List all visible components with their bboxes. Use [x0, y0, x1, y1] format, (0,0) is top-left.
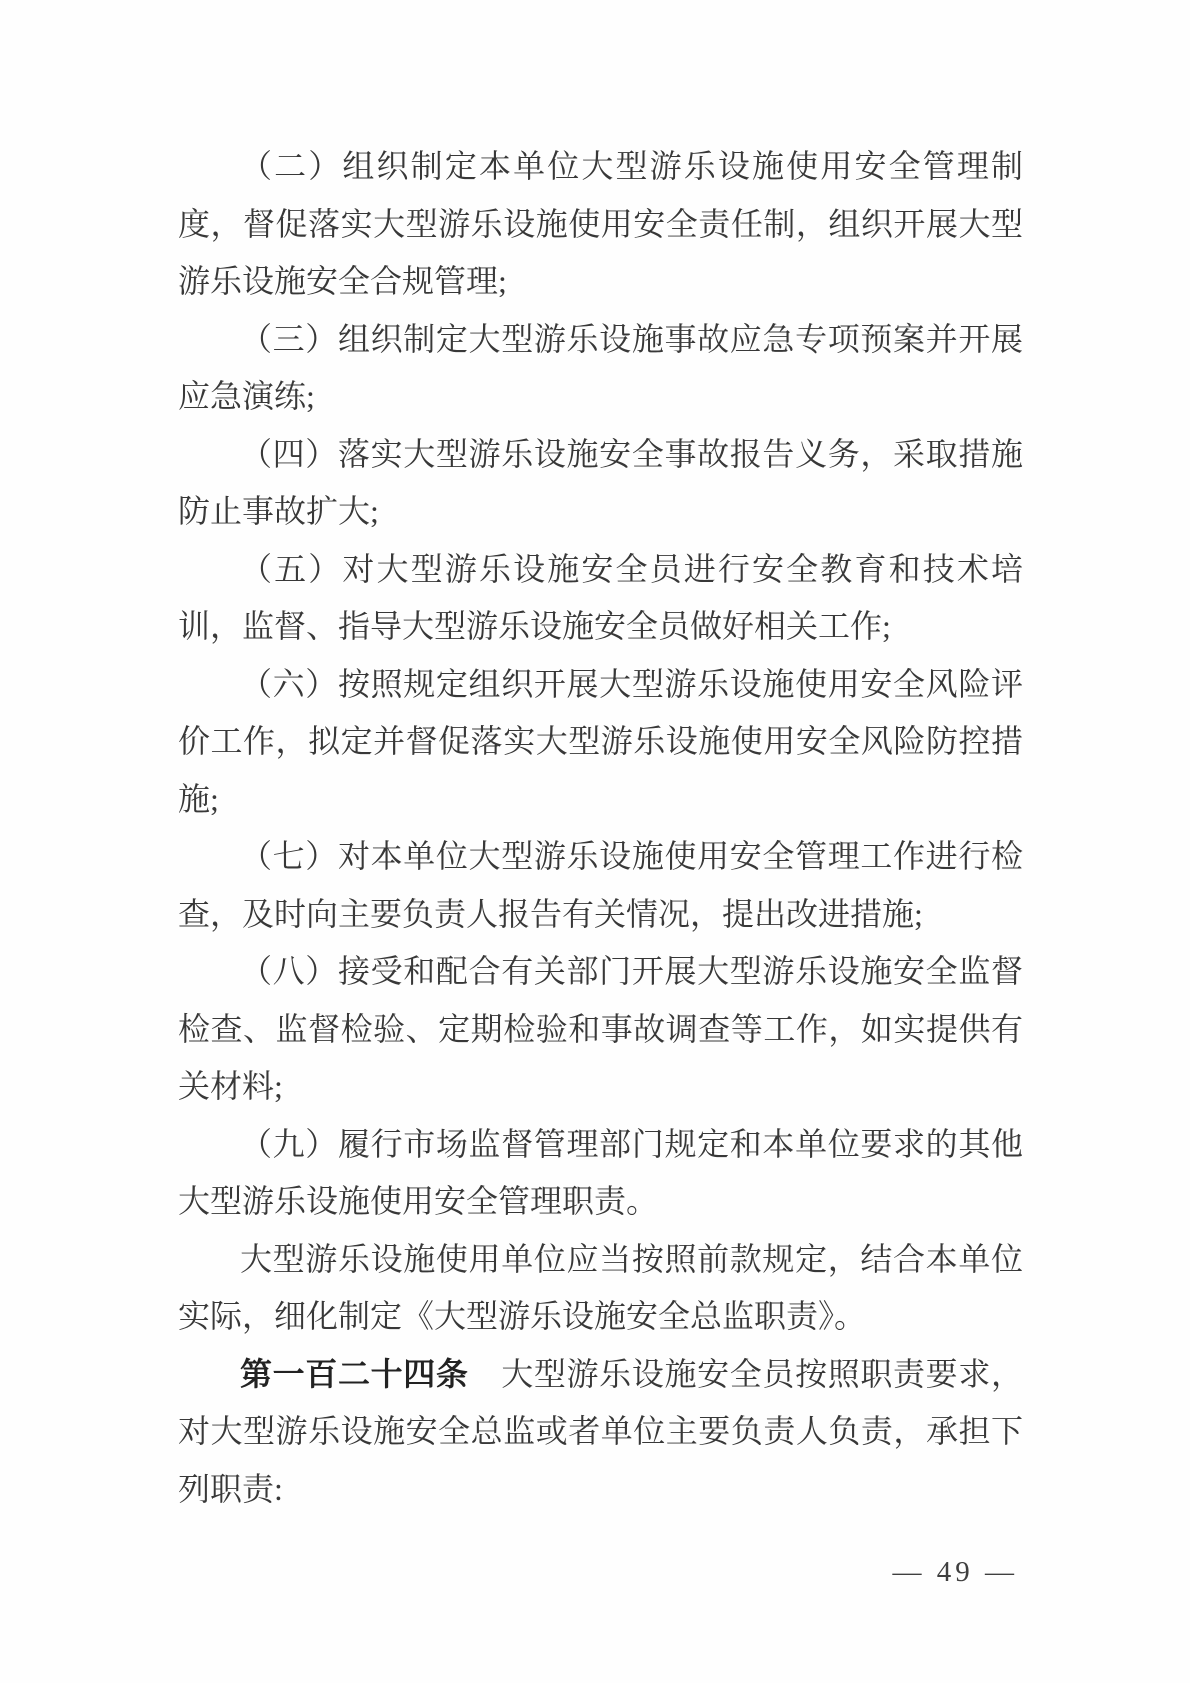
line-text: （四）落实大型游乐设施安全事故报告义务，采取措施 — [240, 436, 1023, 472]
text-line: （二）组织制定本单位大型游乐设施使用安全管理制 — [178, 138, 1023, 196]
line-text: 度，督促落实大型游乐设施使用安全责任制，组织开展大型 — [178, 206, 1023, 242]
line-text: （八）接受和配合有关部门开展大型游乐设施安全监督 — [240, 953, 1023, 989]
line-text: 应急演练; — [178, 378, 315, 414]
text-line: 应急演练; — [178, 368, 1023, 426]
line-text: （二）组织制定本单位大型游乐设施使用安全管理制 — [240, 148, 1023, 184]
line-text: 实际，细化制定《大型游乐设施安全总监职责》。 — [178, 1298, 866, 1334]
line-text: 关材料; — [178, 1068, 283, 1104]
text-line: 实际，细化制定《大型游乐设施安全总监职责》。 — [178, 1288, 1023, 1346]
line-text: （七）对本单位大型游乐设施使用安全管理工作进行检 — [240, 838, 1023, 874]
text-line: 大型游乐设施使用安全管理职责。 — [178, 1173, 1023, 1231]
text-line: （六）按照规定组织开展大型游乐设施使用安全风险评 — [178, 656, 1023, 714]
line-text: 查，及时向主要负责人报告有关情况，提出改进措施; — [178, 896, 923, 932]
text-line: 关材料; — [178, 1058, 1023, 1116]
line-text: 检查、监督检验、定期检验和事故调查等工作，如实提供有 — [178, 1011, 1023, 1047]
line-text: 防止事故扩大; — [178, 493, 379, 529]
text-line: （三）组织制定大型游乐设施事故应急专项预案并开展 — [178, 311, 1023, 369]
text-line: （九）履行市场监督管理部门规定和本单位要求的其他 — [178, 1116, 1023, 1174]
line-text: 价工作，拟定并督促落实大型游乐设施使用安全风险防控措 — [178, 723, 1023, 759]
line-text: 列职责: — [178, 1471, 283, 1507]
text-line: 游乐设施安全合规管理; — [178, 253, 1023, 311]
document-page: （二）组织制定本单位大型游乐设施使用安全管理制度，督促落实大型游乐设施使用安全责… — [0, 0, 1190, 1683]
text-line: 价工作，拟定并督促落实大型游乐设施使用安全风险防控措 — [178, 713, 1023, 771]
line-text: 施; — [178, 781, 219, 817]
line-text: （九）履行市场监督管理部门规定和本单位要求的其他 — [240, 1126, 1023, 1162]
text-line: （四）落实大型游乐设施安全事故报告义务，采取措施 — [178, 426, 1023, 484]
line-text: 大型游乐设施安全员按照职责要求， — [469, 1356, 1023, 1392]
line-text: 大型游乐设施使用单位应当按照前款规定，结合本单位 — [240, 1241, 1023, 1277]
line-text: 游乐设施安全合规管理; — [178, 263, 507, 299]
page-number: — 49 — — [893, 1556, 1019, 1589]
text-line: 列职责: — [178, 1461, 1023, 1519]
line-text: 对大型游乐设施安全总监或者单位主要负责人负责，承担下 — [178, 1413, 1023, 1449]
text-line: 大型游乐设施使用单位应当按照前款规定，结合本单位 — [178, 1231, 1023, 1289]
text-line: 检查、监督检验、定期检验和事故调查等工作，如实提供有 — [178, 1001, 1023, 1059]
text-line: 对大型游乐设施安全总监或者单位主要负责人负责，承担下 — [178, 1403, 1023, 1461]
text-line: 第一百二十四条 大型游乐设施安全员按照职责要求， — [178, 1346, 1023, 1404]
line-text: （三）组织制定大型游乐设施事故应急专项预案并开展 — [240, 321, 1023, 357]
text-line: （七）对本单位大型游乐设施使用安全管理工作进行检 — [178, 828, 1023, 886]
text-line: 防止事故扩大; — [178, 483, 1023, 541]
text-line: 查，及时向主要负责人报告有关情况，提出改进措施; — [178, 886, 1023, 944]
article-number: 第一百二十四条 — [240, 1356, 469, 1392]
text-line: （八）接受和配合有关部门开展大型游乐设施安全监督 — [178, 943, 1023, 1001]
line-text: （六）按照规定组织开展大型游乐设施使用安全风险评 — [240, 666, 1023, 702]
line-text: 大型游乐设施使用安全管理职责。 — [178, 1183, 658, 1219]
text-line: 施; — [178, 771, 1023, 829]
line-text: （五）对大型游乐设施安全员进行安全教育和技术培 — [240, 551, 1023, 587]
document-body: （二）组织制定本单位大型游乐设施使用安全管理制度，督促落实大型游乐设施使用安全责… — [178, 138, 1023, 1518]
text-line: 度，督促落实大型游乐设施使用安全责任制，组织开展大型 — [178, 196, 1023, 254]
line-text: 训，监督、指导大型游乐设施安全员做好相关工作; — [178, 608, 891, 644]
text-line: （五）对大型游乐设施安全员进行安全教育和技术培 — [178, 541, 1023, 599]
text-line: 训，监督、指导大型游乐设施安全员做好相关工作; — [178, 598, 1023, 656]
